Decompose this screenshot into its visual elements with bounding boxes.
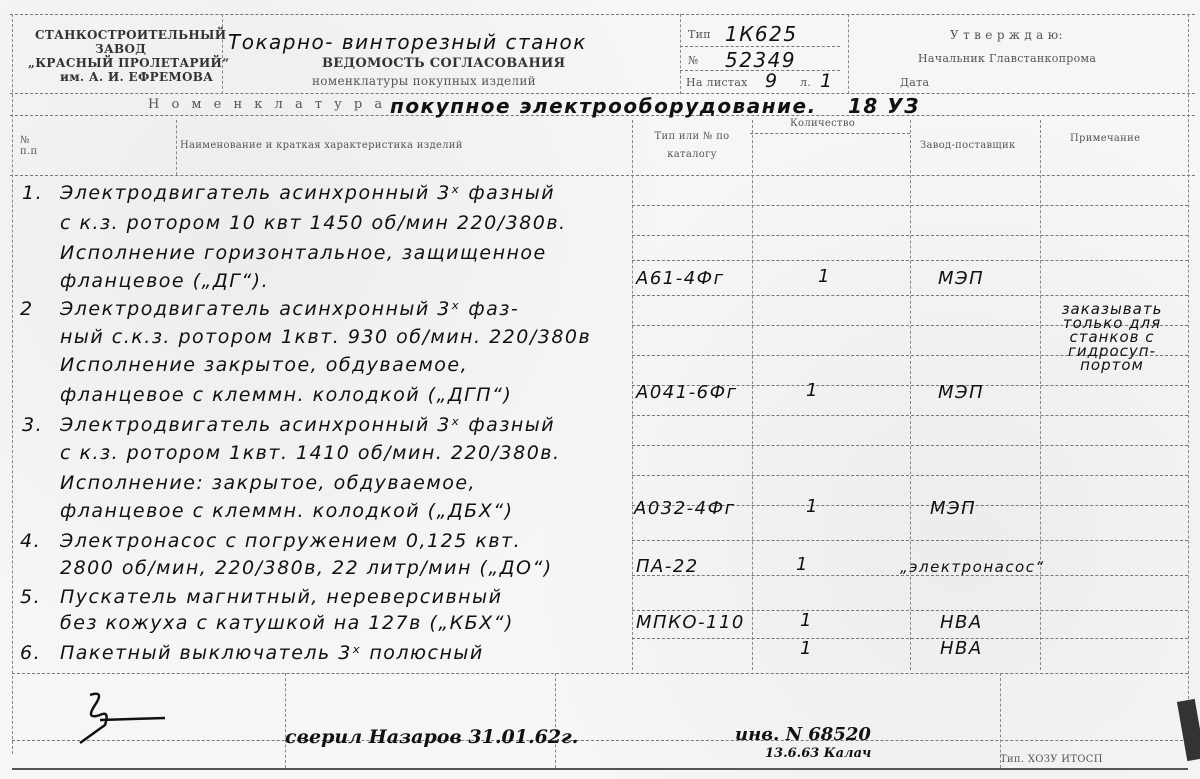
row-description-line: с к.з. ротором 1квт. 1410 об/мин. 220/38…	[60, 442, 561, 464]
footer-top-line	[12, 673, 1188, 674]
factory-line-1: СТАНКОСТРОИТЕЛЬНЫЙ	[35, 28, 226, 42]
column-header-supplier: Завод-поставщик	[920, 140, 1016, 151]
footer-divider	[555, 673, 556, 768]
print-mark: Тип. ХОЗУ ИТОСП	[1000, 754, 1103, 765]
document-subtitle: номенклатуры покупных изделий	[312, 74, 536, 88]
row-type: А032-4Фг	[634, 498, 736, 519]
qty-header-line	[750, 133, 910, 134]
frame-top-line	[10, 14, 1195, 15]
col-name-divider	[632, 120, 633, 670]
row-description-line: без кожуха с катушкой на 127в („КБХ“)	[60, 612, 514, 634]
row-description-line: Электродвигатель асинхронный 3ˣ фазный	[60, 414, 555, 436]
sheets-label: На листах	[686, 76, 748, 89]
note-line: портом	[1042, 358, 1182, 372]
row-line	[632, 260, 1188, 261]
col-supplier-divider	[1040, 120, 1041, 670]
row-type: А041-6Фг	[636, 382, 738, 403]
sheet-value: 1	[820, 70, 834, 92]
row-description-line: Электронасос с погружением 0,125 квт.	[60, 530, 521, 552]
frame-right-line	[1188, 14, 1189, 754]
factory-line-3: „КРАСНЫЙ ПРОЛЕТАРИЙ“	[28, 56, 229, 70]
row-supplier: „электронасос“	[900, 558, 1045, 576]
row-supplier: НВА	[940, 612, 983, 633]
approval-title: У т в е р ж д а ю:	[950, 28, 1063, 42]
inventory-number: инв. N 68520	[735, 724, 871, 745]
column-header-num: № п.п	[20, 135, 44, 157]
row-type: А61-4Фг	[636, 268, 725, 289]
signature-mark	[70, 685, 170, 745]
row-type: МПКО-110	[636, 612, 745, 633]
row-note: заказывать только для станков с гидросуп…	[1042, 302, 1182, 372]
row-description-line: Исполнение закрытое, обдуваемое,	[60, 354, 468, 376]
row-line	[632, 610, 1188, 611]
approval-date-label: Дата	[900, 76, 929, 89]
row-line	[632, 445, 1188, 446]
frame-left-line	[12, 14, 13, 754]
approval-role: Начальник Главстанкопрома	[918, 52, 1096, 65]
frame-bottom-line	[12, 768, 1188, 770]
row-description-line: ный с.к.з. ротором 1квт. 930 об/мин. 220…	[60, 326, 591, 348]
row-description-line: с к.з. ротором 10 квт 1450 об/мин 220/38…	[60, 212, 567, 234]
row-number: 2	[20, 298, 34, 320]
number-label: №	[688, 54, 699, 67]
verified-note: сверил Назаров 31.01.62г.	[285, 726, 578, 748]
row-quantity: 1	[806, 380, 819, 401]
row-description-line: Исполнение: закрытое, обдуваемое,	[60, 472, 476, 494]
row-description-line: фланцевое с клеммн. колодкой („ДБХ“)	[60, 500, 514, 522]
number-value: 52349	[725, 48, 796, 72]
row-description-line: 2800 об/мин, 220/380в, 22 литр/мин („ДО“…	[60, 557, 553, 579]
footer-divider	[285, 673, 286, 768]
column-header-name: Наименование и краткая характеристика из…	[180, 140, 463, 151]
row-line	[632, 475, 1188, 476]
col-type-divider	[752, 120, 753, 670]
row-quantity: 1	[818, 266, 831, 287]
col-num-divider	[176, 120, 177, 175]
type-box-left-line	[680, 14, 681, 94]
inventory-date: 13.6.63 Калач	[765, 746, 871, 761]
nomenclature-label: Н о м е н к л а т у р а	[148, 97, 386, 112]
row-line	[632, 415, 1188, 416]
row-line	[632, 205, 1188, 206]
machine-name: Токарно- винторезный станок	[228, 30, 587, 54]
row-supplier: МЭП	[938, 382, 984, 403]
row-description-line: Электродвигатель асинхронный 3ˣ фазный	[60, 182, 555, 204]
column-header-type: Тип или № по каталогу	[642, 128, 742, 164]
row-number: 5.	[20, 586, 41, 608]
row-description-line: Пакетный выключатель 3ˣ полюсный	[60, 642, 484, 664]
row-line	[632, 540, 1188, 541]
document-title: ВЕДОМОСТЬ СОГЛАСОВАНИЯ	[322, 56, 565, 71]
nomenclature-value: покупное электрооборудование.	[390, 94, 817, 118]
footer-mid-line	[12, 740, 1188, 741]
factory-box-right-line	[222, 14, 223, 94]
type-value: 1К625	[725, 22, 798, 46]
scan-smudge	[1177, 699, 1200, 761]
row-line	[632, 638, 1188, 639]
factory-line-4: им. А. И. ЕФРЕМОВА	[60, 70, 213, 84]
row-description-line: Пускатель магнитный, нереверсивный	[60, 586, 502, 608]
row-description-line: фланцевое („ДГ“).	[60, 270, 269, 292]
row-number: 1.	[22, 182, 43, 204]
nomenclature-suffix: 18 УЗ	[848, 94, 920, 118]
sheets-value: 9	[765, 70, 779, 92]
row-number: 3.	[22, 414, 43, 436]
column-header-note: Примечание	[1070, 133, 1140, 144]
row-description-line: Исполнение горизонтальное, защищенное	[60, 242, 547, 264]
row-quantity: 1	[796, 554, 809, 575]
row-number: 4.	[20, 530, 41, 552]
type-row-line	[680, 46, 840, 47]
row-line	[632, 295, 1188, 296]
row-line	[632, 235, 1188, 236]
row-description-line: фланцевое с клеммн. колодкой („ДГП“)	[60, 384, 512, 406]
row-quantity: 1	[800, 610, 813, 631]
row-supplier: НВА	[940, 638, 983, 659]
row-number: 6.	[20, 642, 41, 664]
col-qty-divider	[910, 120, 911, 670]
row-quantity: 1	[806, 496, 819, 517]
sheet-label: л.	[800, 76, 811, 89]
approval-box-left-line	[848, 14, 849, 94]
row-quantity: 1	[800, 638, 813, 659]
row-description-line: Электродвигатель асинхронный 3ˣ фаз-	[60, 298, 519, 320]
row-supplier: МЭП	[938, 268, 984, 289]
type-label: Тип	[688, 28, 711, 41]
factory-line-2: ЗАВОД	[95, 42, 146, 56]
document-sheet: СТАНКОСТРОИТЕЛЬНЫЙ ЗАВОД „КРАСНЫЙ ПРОЛЕТ…	[0, 0, 1200, 779]
row-type: ПА-22	[636, 556, 699, 577]
column-header-qty: Количество	[790, 118, 855, 129]
row-supplier: МЭП	[930, 498, 976, 519]
column-header-bottom-line	[10, 175, 1195, 176]
